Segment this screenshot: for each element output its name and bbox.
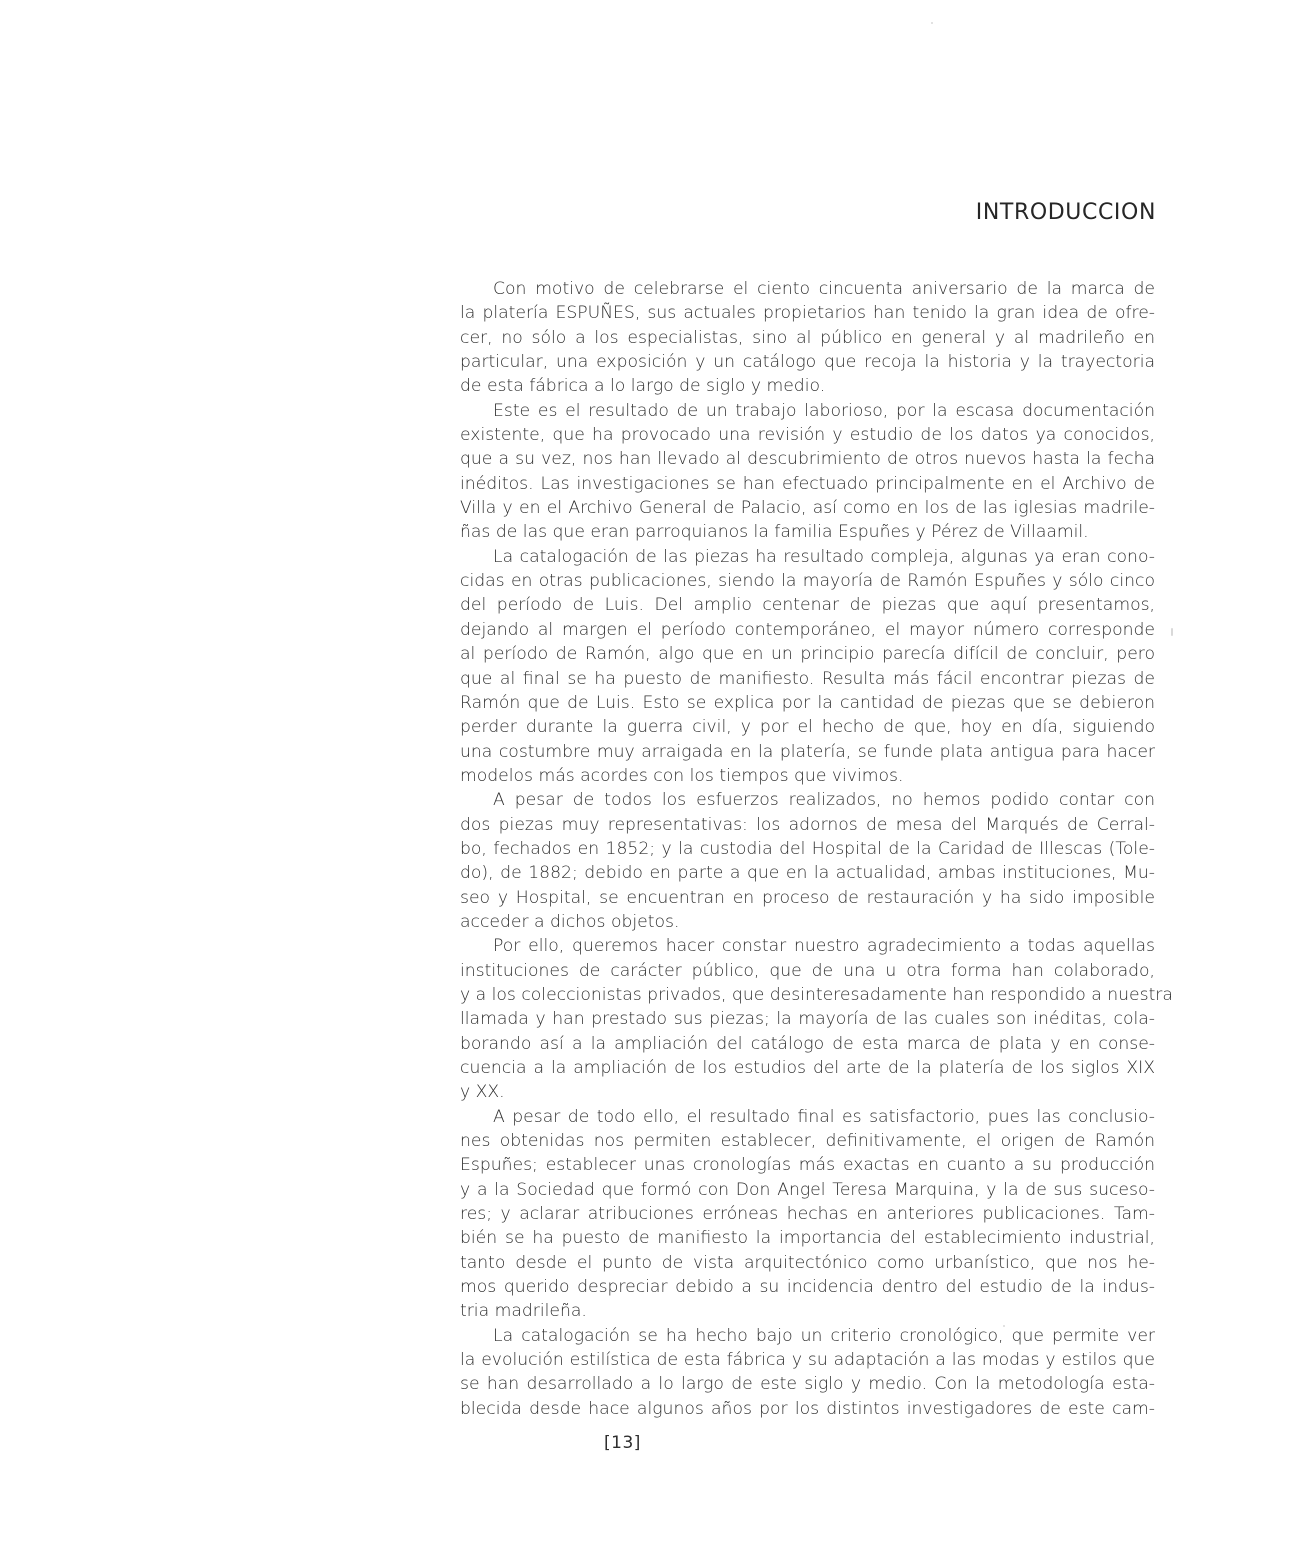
text-line: acceder a dichos objetos. [460,910,1155,934]
text-line: instituciones de carácter público, que d… [460,959,1155,983]
text-line: ñas de las que eran parroquianos la fami… [460,520,1155,544]
paragraph: Con motivo de celebrarse el ciento cincu… [460,277,1155,399]
text-line: borando así a la ampliación del catálogo… [460,1032,1155,1056]
text-line: y a la Sociedad que formó con Don Angel … [460,1178,1155,1202]
text-line: mos querido despreciar debido a su incid… [460,1275,1155,1299]
text-line: tanto desde el punto de vista arquitectó… [460,1251,1155,1275]
text-line: do), de 1882; debido en parte a que en l… [460,861,1155,885]
text-line: seo y Hospital, se encuentran en proceso… [460,886,1155,910]
scan-speck [1003,1325,1005,1327]
text-line: A pesar de todo ello, el resultado final… [460,1105,1155,1129]
section-title: INTRODUCCION [976,200,1156,225]
text-line: particular, una exposición y un catálogo… [460,350,1155,374]
text-line: llamada y han prestado sus piezas; la ma… [460,1007,1155,1031]
text-line: cuencia a la ampliación de los estudios … [460,1056,1155,1080]
text-line: cidas en otras publicaciones, siendo la … [460,569,1155,593]
document-page: INTRODUCCION Con motivo de celebrarse el… [0,0,1299,1565]
text-line: y a los coleccionistas privados, que des… [460,983,1155,1007]
text-line: nes obtenidas nos permiten establecer, d… [460,1129,1155,1153]
text-line: Este es el resultado de un trabajo labor… [460,399,1155,423]
text-line: al período de Ramón, algo que en un prin… [460,642,1155,666]
text-line: del período de Luis. Del amplio centenar… [460,593,1155,617]
text-line: se han desarrollado a lo largo de este s… [460,1372,1155,1396]
page-number: [13] [604,1433,641,1453]
text-line: la platería ESPUÑES, sus actuales propie… [460,301,1155,325]
text-line: inéditos. Las investigaciones se han efe… [460,472,1155,496]
text-line: existente, que ha provocado una revisión… [460,423,1155,447]
text-line: que al final se ha puesto de manifiesto.… [460,667,1155,691]
text-line: perder durante la guerra civil, y por el… [460,715,1155,739]
body-text: Con motivo de celebrarse el ciento cincu… [460,277,1155,1421]
text-line: res; y aclarar atribuciones erróneas hec… [460,1202,1155,1226]
text-line: Ramón que de Luis. Esto se explica por l… [460,691,1155,715]
paragraph: A pesar de todo ello, el resultado final… [460,1105,1155,1324]
text-line: que a su vez, nos han llevado al descubr… [460,447,1155,471]
text-line: tria madrileña. [460,1299,1155,1323]
scan-speck [931,22,933,24]
text-line: La catalogación de las piezas ha resulta… [460,545,1155,569]
text-line: cer, no sólo a los especialistas, sino a… [460,326,1155,350]
text-line: dejando al margen el período contemporán… [460,618,1155,642]
paragraph: La catalogación de las piezas ha resulta… [460,545,1155,788]
text-line: Por ello, queremos hacer constar nuestro… [460,934,1155,958]
text-line: dos piezas muy representativas: los ador… [460,813,1155,837]
text-line: Villa y en el Archivo General de Palacio… [460,496,1155,520]
paragraph: Este es el resultado de un trabajo labor… [460,399,1155,545]
text-line: A pesar de todos los esfuerzos realizado… [460,788,1155,812]
text-line: bién se ha puesto de manifiesto la impor… [460,1226,1155,1250]
scan-speck [1171,628,1173,636]
text-line: Con motivo de celebrarse el ciento cincu… [460,277,1155,301]
paragraph: La catalogación se ha hecho bajo un crit… [460,1324,1155,1421]
text-line: y XX. [460,1080,1155,1104]
paragraph: Por ello, queremos hacer constar nuestro… [460,934,1155,1104]
text-line: La catalogación se ha hecho bajo un crit… [460,1324,1155,1348]
text-line: Espuñes; establecer unas cronologías más… [460,1153,1155,1177]
text-line: modelos más acordes con los tiempos que … [460,764,1155,788]
text-line: una costumbre muy arraigada en la plater… [460,740,1155,764]
text-line: bo, fechados en 1852; y la custodia del … [460,837,1155,861]
text-line: de esta fábrica a lo largo de siglo y me… [460,374,1155,398]
text-line: la evolución estilística de esta fábrica… [460,1348,1155,1372]
text-line: blecida desde hace algunos años por los … [460,1397,1155,1421]
paragraph: A pesar de todos los esfuerzos realizado… [460,788,1155,934]
